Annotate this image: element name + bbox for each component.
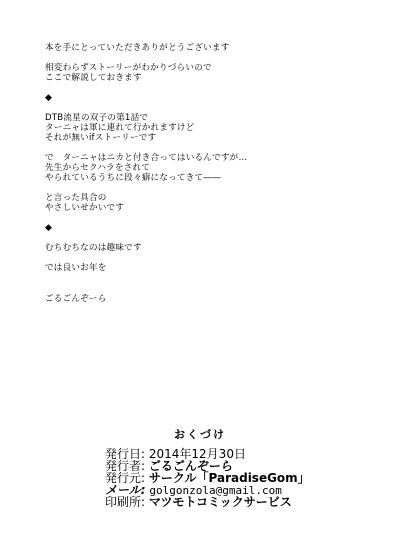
- paragraph-new-year: では良いお年を: [45, 263, 365, 273]
- text-line: 本を手にとっていただきありがとうございます: [45, 43, 365, 53]
- book-afterword-page: 本を手にとっていただきありがとうございます 相変わらずストーリーがわかりづらいの…: [0, 0, 400, 560]
- text-line: ターニャは軍に連れて行かれますけど: [45, 123, 365, 133]
- text-line: ここで解説しておきます: [45, 73, 365, 83]
- text-line: では良いお年を: [45, 263, 365, 273]
- text-line: それが無いifストーリーです: [45, 133, 365, 143]
- author-signature: ごるごんぞーら: [45, 294, 107, 304]
- text-line: むちむちなのは趣味です: [45, 243, 365, 253]
- paragraph-story-premise: DTB流星の双子の第1話で ターニャは軍に連れて行かれますけど それが無いifス…: [45, 113, 365, 143]
- colophon-row-printer: 印刷所: マツモトコミックサービス: [105, 496, 310, 508]
- text-line: で ターニャはニカと付き合ってはいるんですが…: [45, 153, 365, 163]
- text-line: と言った具合の: [45, 193, 365, 203]
- paragraph-thanks: 本を手にとっていただきありがとうございます: [45, 43, 365, 53]
- paragraph-hobby: むちむちなのは趣味です: [45, 243, 365, 253]
- paragraph-summary: と言った具合の やさしいせかいです: [45, 193, 365, 213]
- paragraph-story-detail: で ターニャはニカと付き合ってはいるんですが… 先生からセクハラをされて やられ…: [45, 153, 365, 183]
- text-line: 相変わらずストーリーがわかりづらいので: [45, 63, 365, 73]
- afterword-message: 本を手にとっていただきありがとうございます 相変わらずストーリーがわかりづらいの…: [45, 43, 365, 283]
- colophon-label: 印刷所:: [105, 496, 145, 508]
- text-line: DTB流星の双子の第1話で: [45, 113, 365, 123]
- diamond-separator-icon: ◆: [45, 223, 365, 233]
- paragraph-intro: 相変わらずストーリーがわかりづらいので ここで解説しておきます: [45, 63, 365, 83]
- diamond-separator-icon: ◆: [45, 93, 365, 103]
- colophon-title: おくづけ: [0, 426, 400, 442]
- colophon: 発行日: 2014年12月30日 発行者: ごるごんぞーら 発行元: サークル「…: [105, 448, 310, 508]
- colophon-value: サークル「ParadiseGom」: [149, 472, 310, 484]
- text-line: やられているうちに段々癖になってきて――: [45, 173, 365, 183]
- colophon-value: マツモトコミックサービス: [149, 496, 292, 508]
- text-line: 先生からセクハラをされて: [45, 163, 365, 173]
- text-line: やさしいせかいです: [45, 203, 365, 213]
